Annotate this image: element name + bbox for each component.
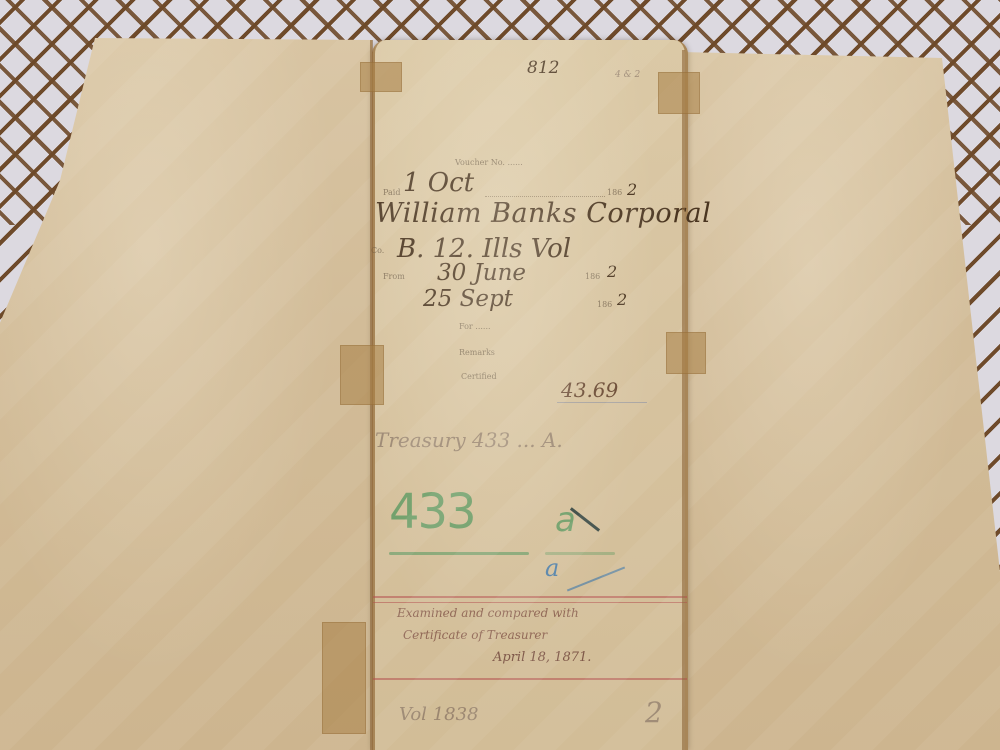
from-year-label: 186 xyxy=(585,272,600,281)
amount: 43.69 xyxy=(561,378,618,402)
to-year: 2 xyxy=(617,290,627,309)
blue-mark: a xyxy=(545,554,559,582)
from-year: 2 xyxy=(607,262,617,281)
fold-line-right xyxy=(682,50,685,750)
from-date: 30 June xyxy=(437,260,526,286)
document-right-panel xyxy=(680,52,1000,750)
for-label: For ...... xyxy=(459,322,491,331)
paid-label: Paid xyxy=(383,188,400,197)
year-label: 186 xyxy=(607,188,622,197)
green-underline xyxy=(389,552,529,555)
tape-strip xyxy=(658,72,700,114)
endorsement-line-3: April 18, 1871. xyxy=(493,650,591,665)
bottom-left-note: Vol 1838 xyxy=(399,704,478,725)
blue-tail xyxy=(567,566,625,591)
tape-strip xyxy=(340,345,384,405)
voucher-center-panel: 812 4 & 2 Voucher No. ...... Paid 1 Oct … xyxy=(372,40,688,750)
endorsement-line-2: Certificate of Treasurer xyxy=(403,628,547,642)
top-annotation: 812 xyxy=(527,58,559,78)
to-date: 25 Sept xyxy=(423,286,513,312)
from-label: From xyxy=(383,272,405,281)
to-year-label: 186 xyxy=(597,300,612,309)
soldier-name-rank: William Banks Corporal xyxy=(375,198,711,229)
tape-strip xyxy=(322,622,366,734)
red-rule-top-2 xyxy=(373,602,687,603)
certified-label: Certified xyxy=(461,372,497,381)
endorsement-line-1: Examined and compared with xyxy=(397,606,579,620)
tape-strip xyxy=(360,62,402,92)
company-label: Co. xyxy=(371,246,384,255)
remarks-label: Remarks xyxy=(459,348,495,357)
top-right-note: 4 & 2 xyxy=(615,70,640,80)
amount-underline xyxy=(557,402,647,403)
red-rule-bottom xyxy=(373,678,687,680)
cross-mark xyxy=(570,507,600,532)
faint-pencil-note: Treasury 433 ... A. xyxy=(375,428,563,452)
red-rule-top xyxy=(373,596,687,598)
paid-date: 1 Oct xyxy=(403,168,474,198)
voucher-number-label: Voucher No. ...... xyxy=(455,158,523,167)
green-register-number: 433 xyxy=(389,484,475,540)
dotted-line xyxy=(485,196,605,197)
bottom-right-note: 2 xyxy=(645,696,663,729)
tape-strip xyxy=(666,332,706,374)
paid-year: 2 xyxy=(627,180,637,199)
